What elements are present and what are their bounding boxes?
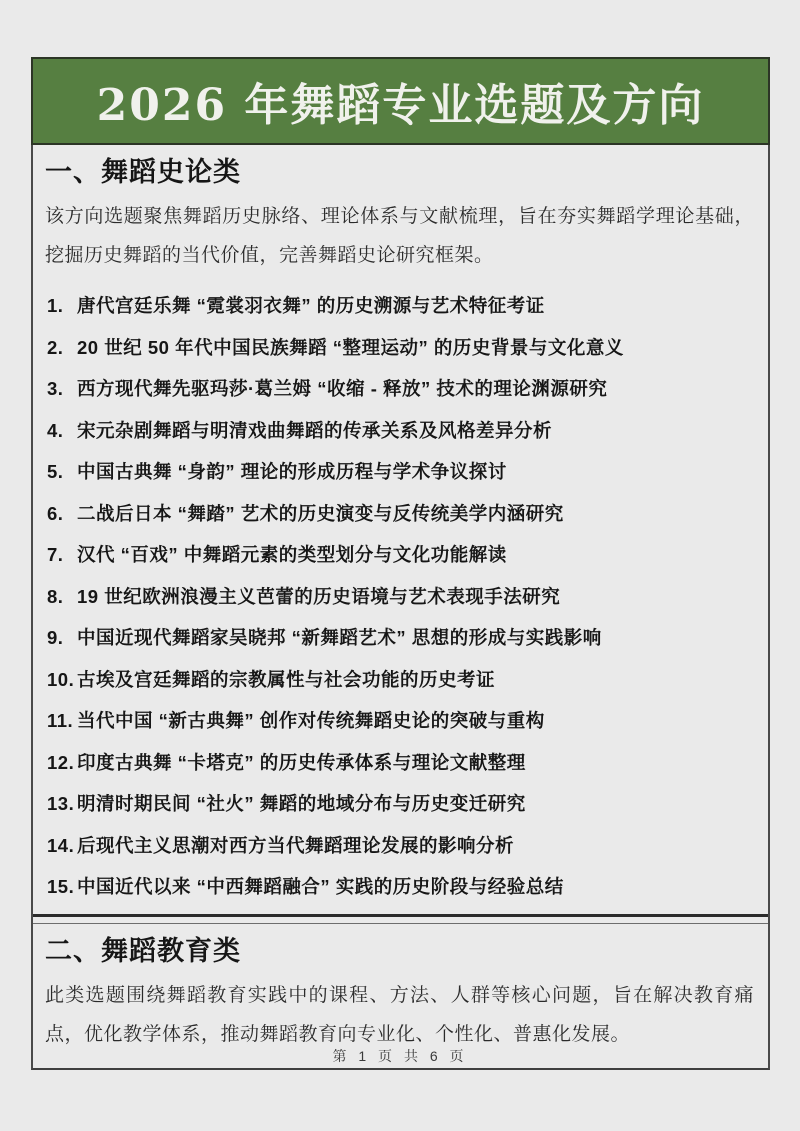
item-text: 当代中国 “新古典舞” 创作对传统舞蹈史论的突破与重构 [77,700,754,742]
item-number: 13. [47,783,77,825]
section-intro: 此类选题围绕舞蹈教育实践中的课程、方法、人群等核心问题，旨在解决教育痛点，优化教… [45,976,754,1054]
item-text: 印度古典舞 “卡塔克” 的历史传承体系与理论文献整理 [77,742,754,784]
item-text: 汉代 “百戏” 中舞蹈元素的类型划分与文化功能解读 [77,534,754,576]
list-item: 12.印度古典舞 “卡塔克” 的历史传承体系与理论文献整理 [45,742,754,784]
item-text: 中国古典舞 “身韵” 理论的形成历程与学术争议探讨 [77,451,754,493]
section-divider [33,914,768,924]
page-title: 2026 年舞蹈专业选题及方向 [97,69,705,133]
list-item: 6.二战后日本 “舞踏” 艺术的历史演变与反传统美学内涵研究 [45,493,754,535]
item-number: 3. [47,368,77,410]
item-number: 11. [47,700,77,742]
item-number: 9. [47,617,77,659]
list-item: 11.当代中国 “新古典舞” 创作对传统舞蹈史论的突破与重构 [45,700,754,742]
list-item: 2.20 世纪 50 年代中国民族舞蹈 “整理运动” 的历史背景与文化意义 [45,327,754,369]
section-heading: 二、舞蹈教育类 [45,934,754,968]
section-intro: 该方向选题聚焦舞蹈历史脉络、理论体系与文献梳理，旨在夯实舞蹈学理论基础，挖掘历史… [45,197,754,275]
item-text: 宋元杂剧舞蹈与明清戏曲舞蹈的传承关系及风格差异分析 [77,410,754,452]
list-item: 5.中国古典舞 “身韵” 理论的形成历程与学术争议探讨 [45,451,754,493]
item-text: 20 世纪 50 年代中国民族舞蹈 “整理运动” 的历史背景与文化意义 [77,327,754,369]
list-item: 1.唐代宫廷乐舞 “霓裳羽衣舞” 的历史溯源与艺术特征考证 [45,285,754,327]
item-number: 2. [47,327,77,369]
page-number-footer: 第 1 页 共 6 页 [0,1046,800,1066]
divider-thick-rule [33,914,768,917]
list-item: 3.西方现代舞先驱玛莎·葛兰姆 “收缩 - 释放” 技术的理论渊源研究 [45,368,754,410]
list-item: 14.后现代主义思潮对西方当代舞蹈理论发展的影响分析 [45,825,754,867]
item-number: 1. [47,285,77,327]
item-number: 4. [47,410,77,452]
item-text: 西方现代舞先驱玛莎·葛兰姆 “收缩 - 释放” 技术的理论渊源研究 [77,368,754,410]
list-item: 9.中国近现代舞蹈家吴晓邦 “新舞蹈艺术” 思想的形成与实践影响 [45,617,754,659]
item-number: 6. [47,493,77,535]
document-body: 一、舞蹈史论类 该方向选题聚焦舞蹈历史脉络、理论体系与文献梳理，旨在夯实舞蹈学理… [31,145,770,1070]
list-item: 10.古埃及宫廷舞蹈的宗教属性与社会功能的历史考证 [45,659,754,701]
list-item: 4.宋元杂剧舞蹈与明清戏曲舞蹈的传承关系及风格差异分析 [45,410,754,452]
item-number: 8. [47,576,77,618]
item-text: 二战后日本 “舞踏” 艺术的历史演变与反传统美学内涵研究 [77,493,754,535]
item-text: 古埃及宫廷舞蹈的宗教属性与社会功能的历史考证 [77,659,754,701]
section-dance-education: 二、舞蹈教育类 此类选题围绕舞蹈教育实践中的课程、方法、人群等核心问题，旨在解决… [45,934,754,1054]
item-text: 唐代宫廷乐舞 “霓裳羽衣舞” 的历史溯源与艺术特征考证 [77,285,754,327]
item-text: 后现代主义思潮对西方当代舞蹈理论发展的影响分析 [77,825,754,867]
list-item: 13.明清时期民间 “社火” 舞蹈的地域分布与历史变迁研究 [45,783,754,825]
item-text: 中国近现代舞蹈家吴晓邦 “新舞蹈艺术” 思想的形成与实践影响 [77,617,754,659]
item-text: 明清时期民间 “社火” 舞蹈的地域分布与历史变迁研究 [77,783,754,825]
document-page: 2026 年舞蹈专业选题及方向 一、舞蹈史论类 该方向选题聚焦舞蹈历史脉络、理论… [31,57,770,1070]
divider-thin-rule [33,923,768,924]
topic-list: 1.唐代宫廷乐舞 “霓裳羽衣舞” 的历史溯源与艺术特征考证 2.20 世纪 50… [45,285,754,908]
item-text: 中国近代以来 “中西舞蹈融合” 实践的历史阶段与经验总结 [77,866,754,908]
section-history-theory: 一、舞蹈史论类 该方向选题聚焦舞蹈历史脉络、理论体系与文献梳理，旨在夯实舞蹈学理… [45,155,754,908]
section-heading: 一、舞蹈史论类 [45,155,754,189]
page-background: { "page": { "title": "2026 年舞蹈专业选题及方向", … [0,0,800,1131]
item-number: 10. [47,659,77,701]
item-number: 7. [47,534,77,576]
list-item: 15.中国近代以来 “中西舞蹈融合” 实践的历史阶段与经验总结 [45,866,754,908]
item-number: 5. [47,451,77,493]
list-item: 7.汉代 “百戏” 中舞蹈元素的类型划分与文化功能解读 [45,534,754,576]
item-number: 12. [47,742,77,784]
item-number: 15. [47,866,77,908]
item-number: 14. [47,825,77,867]
item-text: 19 世纪欧洲浪漫主义芭蕾的历史语境与艺术表现手法研究 [77,576,754,618]
title-banner: 2026 年舞蹈专业选题及方向 [31,57,770,145]
list-item: 8.19 世纪欧洲浪漫主义芭蕾的历史语境与艺术表现手法研究 [45,576,754,618]
